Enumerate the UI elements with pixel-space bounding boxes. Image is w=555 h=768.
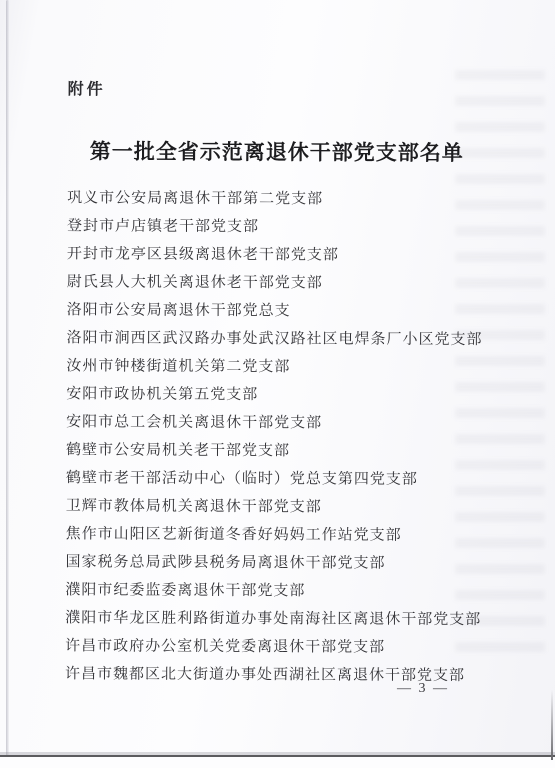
branch-entry: 洛阳市公安局离退休干部党总支 <box>67 296 514 326</box>
branch-entry: 尉氏县人大机关离退休老干部党支部 <box>67 268 514 298</box>
branch-entry: 焦作市山阳区艺新街道冬香好妈妈工作站党支部 <box>66 520 513 550</box>
branch-entry: 鹤壁市老干部活动中心（临时）党总支第四党支部 <box>66 464 513 494</box>
branch-entry: 安阳市政协机关第五党支部 <box>66 380 513 410</box>
branch-entry: 巩义市公安局离退休干部第二党支部 <box>67 184 514 214</box>
branch-list: 巩义市公安局离退休干部第二党支部登封市卢店镇老干部党支部开封市龙亭区县级离退休老… <box>65 184 514 690</box>
branch-entry: 鹤壁市公安局机关老干部党支部 <box>66 436 513 466</box>
attachment-label: 附件 <box>68 76 555 101</box>
branch-entry: 洛阳市涧西区武汉路办事处武汉路社区电焊条厂小区党支部 <box>66 324 513 354</box>
page-number: — 3 — <box>397 681 449 697</box>
branch-entry: 许昌市政府办公室机关党委离退休干部党支部 <box>65 632 512 662</box>
branch-entry: 登封市卢店镇老干部党支部 <box>67 212 514 242</box>
document-title: 第一批全省示范离退休干部党支部名单 <box>0 135 554 167</box>
scan-corner-edge <box>551 690 553 760</box>
branch-entry: 卫辉市教体局机关离退休干部党支部 <box>66 492 513 522</box>
branch-entry: 开封市龙亭区县级离退休老干部党支部 <box>67 240 514 270</box>
scan-bottom-page-edge <box>0 755 555 768</box>
scanned-document-page: 附件 第一批全省示范离退休干部党支部名单 巩义市公安局离退休干部第二党支部登封市… <box>0 0 555 768</box>
branch-entry: 汝州市钟楼街道机关第二党支部 <box>66 352 513 382</box>
branch-entry: 濮阳市纪委监委离退休干部党支部 <box>65 576 512 606</box>
branch-entry: 国家税务总局武陟县税务局离退休干部党支部 <box>65 548 512 578</box>
branch-entry: 濮阳市华龙区胜利路街道办事处南海社区离退休干部党支部 <box>65 604 512 634</box>
document-content: 附件 第一批全省示范离退休干部党支部名单 巩义市公安局离退休干部第二党支部登封市… <box>0 0 555 690</box>
branch-entry: 安阳市总工会机关离退休干部党支部 <box>66 408 513 438</box>
scan-left-edge-shadow <box>6 0 9 768</box>
